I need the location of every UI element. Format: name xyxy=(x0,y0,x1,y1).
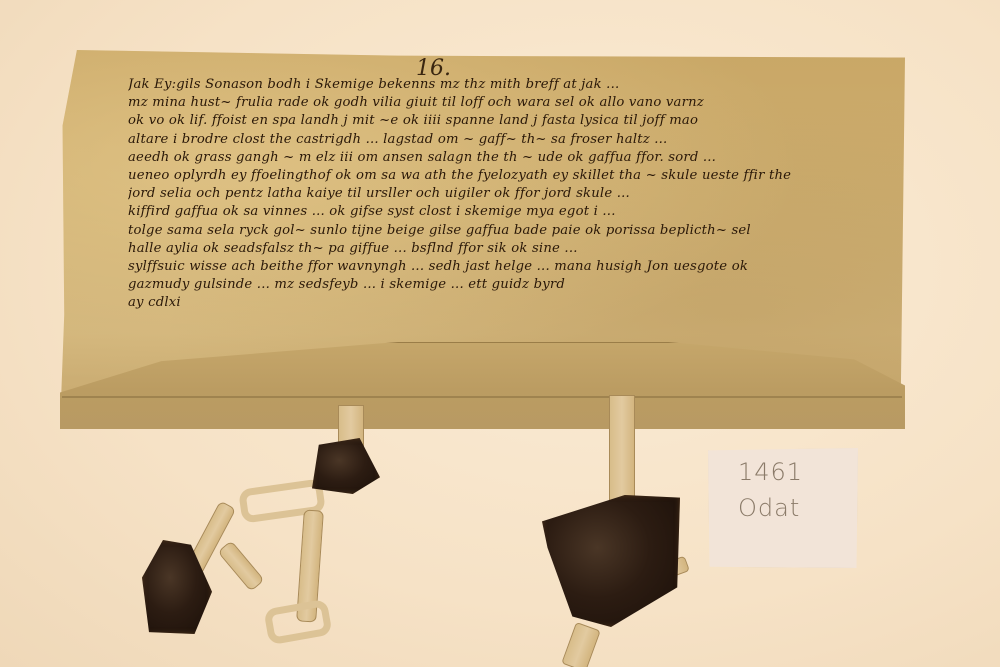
manuscript-text: Jak Ey:gils Sonason bodh i Skemige beken… xyxy=(128,76,898,313)
text-line: jord selia och pentz latha kaiye til urs… xyxy=(128,185,898,203)
text-line: altare i brodre clost the castrigdh ... … xyxy=(128,131,898,149)
text-line: aeedh ok grass gangh ~ m elz iii om anse… xyxy=(128,149,898,167)
text-line: gazmudy gulsinde ... mz sedsfeyb ... i s… xyxy=(128,276,898,294)
text-line: sylffsuic wisse ach beithe ffor wavnyngh… xyxy=(128,258,898,276)
text-line: mz mina hust~ frulia rade ok godh vilia … xyxy=(128,94,898,112)
text-line: ueneo oplyrdh ey ffoelingthof ok om sa w… xyxy=(128,167,898,185)
text-line: kiffird gaffua ok sa vinnes ... ok gifse… xyxy=(128,203,898,221)
text-line: ay cdlxi xyxy=(128,294,898,312)
ribbon-strand xyxy=(217,540,264,591)
archive-label-card: 1461 Odat xyxy=(708,448,858,568)
label-note: Odat xyxy=(738,494,800,522)
fold-crease xyxy=(62,396,902,398)
ribbon-strand xyxy=(561,622,600,667)
label-year: 1461 xyxy=(738,458,803,486)
text-line: ok vo ok lif. ffoist en spa landh j mit … xyxy=(128,112,898,130)
text-line: tolge sama sela ryck gol~ sunlo tijne be… xyxy=(128,222,898,240)
text-line: halle aylia ok seadsfalsz th~ pa giffue … xyxy=(128,240,898,258)
text-line: Jak Ey:gils Sonason bodh i Skemige beken… xyxy=(128,76,898,94)
seal-tag-right xyxy=(609,395,635,502)
seal-center-left xyxy=(312,438,380,494)
ribbon-loop xyxy=(263,599,332,646)
seal-right xyxy=(542,495,680,627)
